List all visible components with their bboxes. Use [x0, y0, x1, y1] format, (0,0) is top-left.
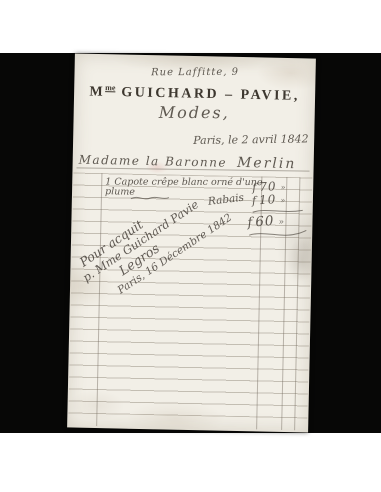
discount-amount: f 10 »: [252, 192, 286, 208]
photo-black-background: Rue Laffitte, 9 Mme GUICHARD – PAVIE, Mo…: [0, 53, 381, 433]
merchant-name-main: GUICHARD – PAVIE,: [121, 85, 300, 104]
street-address: Rue Laffitte, 9: [75, 66, 316, 78]
listing-image: Rue Laffitte, 9 Mme GUICHARD – PAVIE, Mo…: [0, 0, 381, 492]
centimes-mark: »: [278, 217, 284, 227]
total-flourish-icon: [247, 228, 307, 239]
invoice-paper: Rue Laffitte, 9 Mme GUICHARD – PAVIE, Mo…: [67, 54, 316, 433]
centimes-mark: »: [280, 196, 285, 205]
business-type: Modes,: [74, 103, 315, 123]
merchant-name-superscript: me: [105, 83, 115, 92]
centimes-mark: »: [280, 183, 285, 192]
amount-value: 10: [259, 192, 277, 207]
dateline: Paris, le 2 avril 1842: [193, 132, 309, 147]
merchant-name-prefix: M: [89, 84, 105, 99]
